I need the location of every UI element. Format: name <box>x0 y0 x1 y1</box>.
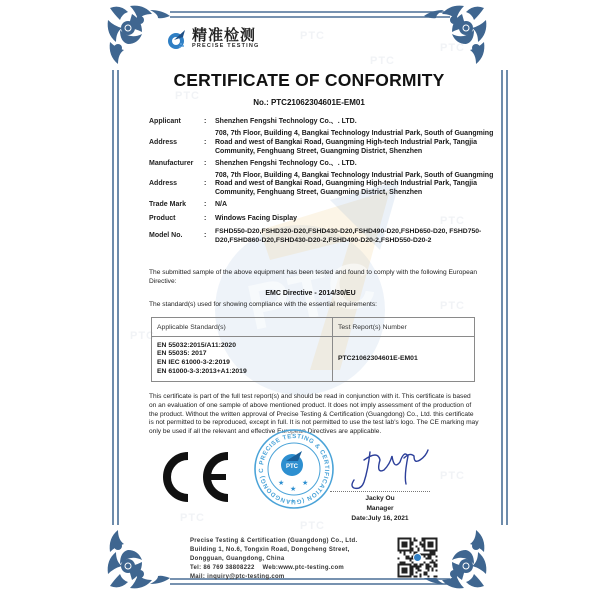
footer-tel-web: Tel: 86 769 38808222 Web:www.ptc-testing… <box>190 564 357 573</box>
field-colon: : <box>204 139 215 148</box>
company-logo: 精准检测 PRECISE TESTING <box>166 28 260 50</box>
svg-text:★: ★ <box>290 498 295 505</box>
standard-item: EN IEC 61000-3-2:2019 <box>157 359 327 368</box>
field-colon: : <box>204 118 215 127</box>
standards-cell: EN 55032:2015/A11:2020 EN 55035: 2017 EN… <box>152 337 333 382</box>
watermark-text: PTC <box>440 470 465 482</box>
qr-code-icon[interactable] <box>397 537 438 578</box>
signature-icon <box>340 448 440 494</box>
watermark-text: PTC <box>300 30 325 42</box>
field-product: Product : Windows Facing Display <box>149 215 505 224</box>
table-row: EN 55032:2015/A11:2020 EN 55035: 2017 EN… <box>152 337 475 382</box>
footer-mail: Mail: inquiry@ptc-testing.com <box>190 573 357 582</box>
watermark-text: PTC <box>180 512 205 524</box>
certificate-title: CERTIFICATE OF CONFORMITY <box>108 70 510 91</box>
field-value: 708, 7th Floor, Building 4, Bangkai Tech… <box>215 172 505 198</box>
standard-item: EN 55032:2015/A11:2020 <box>157 342 327 351</box>
footer-contact: Precise Testing & Certification (Guangdo… <box>190 537 357 582</box>
column-header: Applicable Standard(s) <box>152 318 333 337</box>
standard-item: EN 55035: 2017 <box>157 350 327 359</box>
compliance-intro: The submitted sample of the above equipm… <box>149 269 489 287</box>
field-label: Address <box>149 180 204 189</box>
ce-mark-icon <box>160 452 234 502</box>
table-header-row: Applicable Standard(s) Test Report(s) Nu… <box>152 318 475 337</box>
field-label: Applicant <box>149 118 204 127</box>
signature-line <box>330 491 430 492</box>
field-manufacturer: Manufacturer : Shenzhen Fengshi Technolo… <box>149 160 505 169</box>
field-label: Product <box>149 215 204 224</box>
field-colon: : <box>204 232 215 241</box>
watermark-text: PTC <box>300 520 325 532</box>
field-label: Address <box>149 139 204 148</box>
signature-date: Date:July 16, 2021 <box>330 514 430 524</box>
directive-name: EMC Directive - 2014/30/EU <box>149 290 472 297</box>
field-label: Model No. <box>149 232 204 241</box>
standard-item: EN 61000-3-3:2013+A1:2019 <box>157 368 327 377</box>
field-value: Shenzhen Fengshi Technology Co.、. LTD. <box>215 160 505 169</box>
field-value: Windows Facing Display <box>215 215 505 224</box>
logo-english-name: PRECISE TESTING <box>192 44 260 50</box>
svg-text:PTC: PTC <box>286 464 299 470</box>
field-label: Manufacturer <box>149 160 204 169</box>
svg-text:★: ★ <box>290 485 296 493</box>
field-colon: : <box>204 201 215 210</box>
field-value: 708, 7th Floor, Building 4, Bangkai Tech… <box>215 130 505 156</box>
svg-text:★: ★ <box>302 479 308 487</box>
field-value: N/A <box>215 201 505 210</box>
standards-table: Applicable Standard(s) Test Report(s) Nu… <box>151 317 475 382</box>
certificate-number: No.: PTC21062304601E-EM01 <box>108 98 510 107</box>
signatory-block: Jacky Ou Manager Date:July 16, 2021 <box>330 494 430 524</box>
watermark-text: PTC <box>370 55 395 67</box>
field-trade-mark: Trade Mark : N/A <box>149 201 505 210</box>
svg-text:★: ★ <box>278 479 284 487</box>
column-header: Test Report(s) Number <box>333 318 475 337</box>
report-number-cell: PTC21062304601E-EM01 <box>333 337 475 382</box>
field-colon: : <box>204 215 215 224</box>
field-value: Shenzhen Fengshi Technology Co.、. LTD. <box>215 118 505 127</box>
field-label: Trade Mark <box>149 201 204 210</box>
certificate-fields: Applicant : Shenzhen Fengshi Technology … <box>149 118 505 249</box>
company-seal-icon: PRECISE TESTING & CERTIFICATION (GUANGDO… <box>252 427 336 511</box>
footer-company: Precise Testing & Certification (Guangdo… <box>190 537 357 546</box>
footer-address-line: Dongguan, Guangdong, China <box>190 555 357 564</box>
signatory-name: Jacky Ou <box>330 494 430 504</box>
footer-address-line: Building 1, No.6, Tongxin Road, Dongchen… <box>190 546 357 555</box>
standards-intro: The standard(s) used for showing complia… <box>149 301 489 310</box>
field-manufacturer-address: Address : 708, 7th Floor, Building 4, Ba… <box>149 172 505 198</box>
signatory-title: Manager <box>330 504 430 514</box>
field-colon: : <box>204 180 215 189</box>
field-value: FSHD550-D20,FSHD320-D20,FSHD430-D20,FSHD… <box>215 228 505 246</box>
field-applicant: Applicant : Shenzhen Fengshi Technology … <box>149 118 505 127</box>
field-model-no: Model No. : FSHD550-D20,FSHD320-D20,FSHD… <box>149 228 505 246</box>
watermark-text: PTC <box>440 42 465 54</box>
field-colon: : <box>204 160 215 169</box>
logo-chinese-name: 精准检测 <box>192 28 260 43</box>
field-applicant-address: Address : 708, 7th Floor, Building 4, Ba… <box>149 130 505 156</box>
ptc-logo-icon <box>166 28 188 50</box>
